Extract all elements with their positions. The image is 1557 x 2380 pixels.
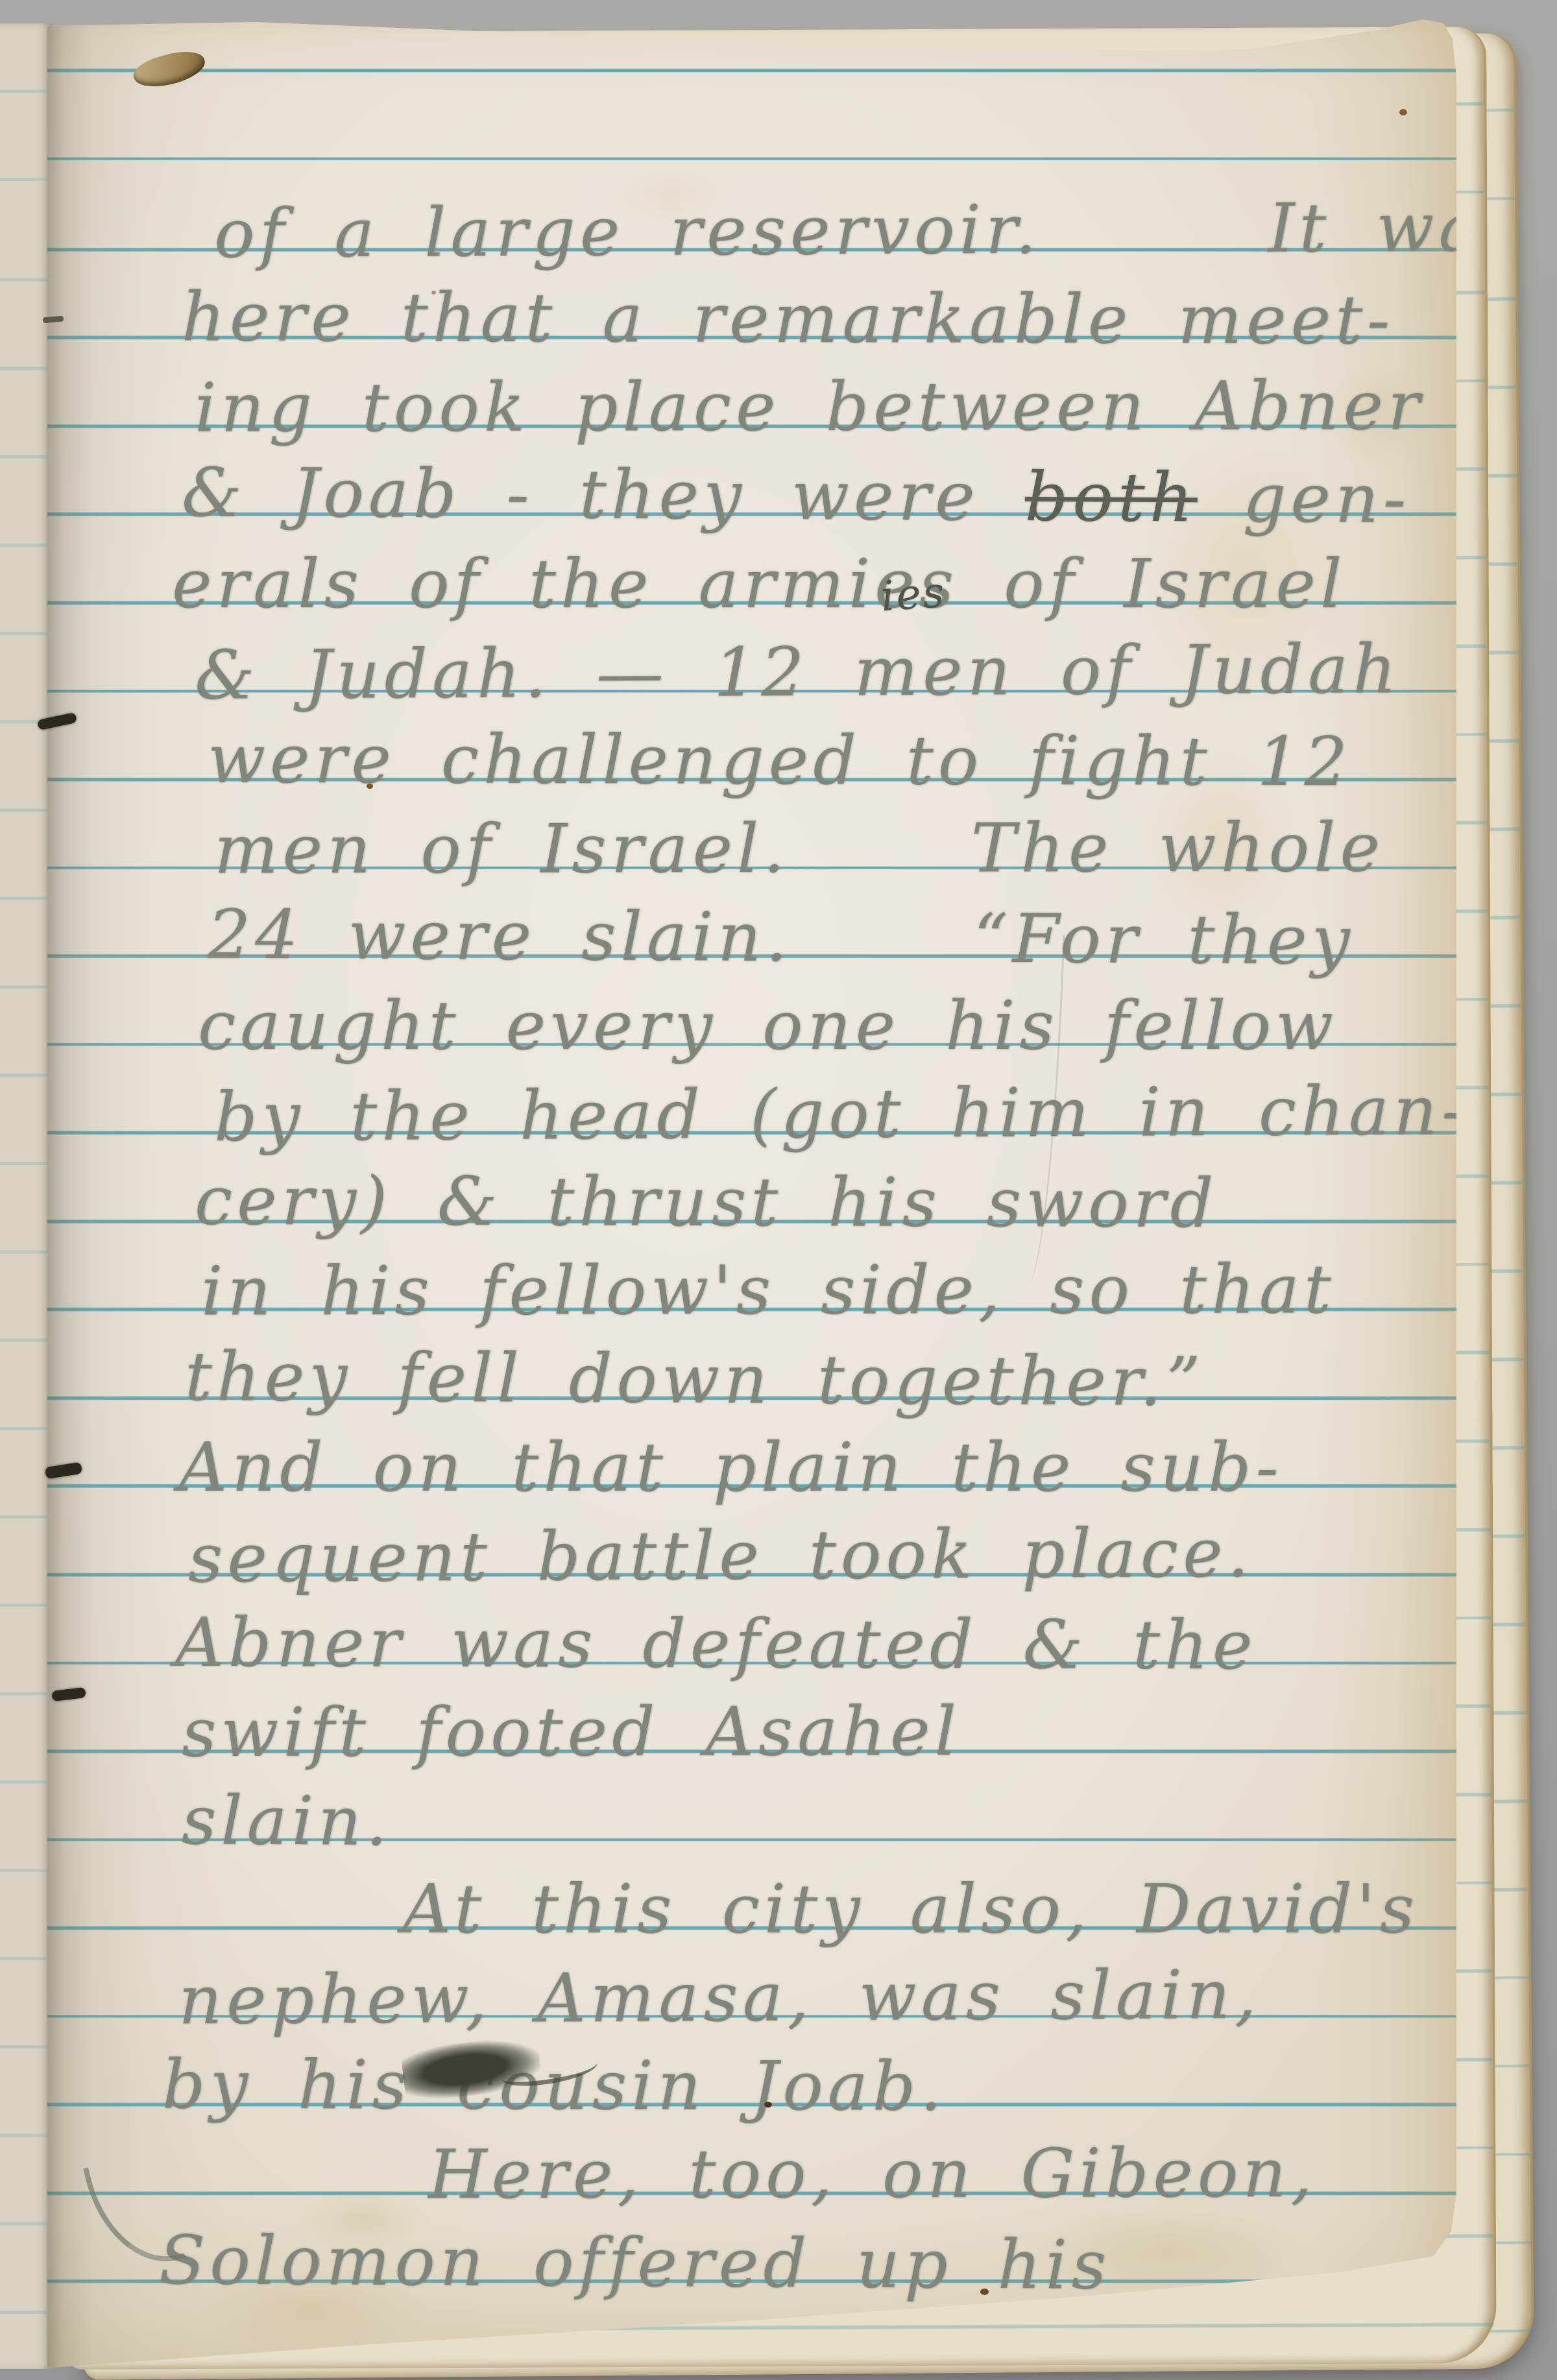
handwriting-line: erals of the armies of Israel bbox=[172, 550, 1346, 618]
paper-speck bbox=[367, 784, 373, 789]
handwriting-line: in his fellow's side, so that bbox=[201, 1255, 1336, 1325]
handwriting-line: slain. bbox=[182, 1786, 392, 1855]
handwriting-line: nephew, Amasa, was slain, bbox=[178, 1961, 1261, 2034]
handwriting-lines: of a large reservoir. It washere that a … bbox=[47, 0, 1456, 2380]
handwriting-line: men of Israel. The whole bbox=[214, 813, 1384, 883]
handwriting-line: were challenged to fight 12 bbox=[208, 725, 1352, 796]
previous-page-sliver bbox=[0, 23, 52, 2369]
handwriting-line: ing took place between Abner bbox=[195, 372, 1425, 441]
handwriting-line: And on that plain the sub- bbox=[178, 1434, 1283, 1501]
handwriting-line: by the head (got him in chan- bbox=[214, 1077, 1469, 1151]
handwriting-line: & Judah. — 12 men of Judah bbox=[195, 635, 1401, 709]
notebook-page: of a large reservoir. It washere that a … bbox=[47, 0, 1456, 2380]
paper-speck bbox=[431, 291, 436, 294]
paper-speck bbox=[980, 2289, 989, 2295]
handwriting-line: At this city also, David's bbox=[402, 1875, 1419, 1943]
handwriting-line: cery) & thrust his sword bbox=[195, 1167, 1218, 1237]
inserted-correction-ies: ies bbox=[880, 569, 948, 621]
handwriting-line: Here, too, on Gibeon, bbox=[428, 2139, 1317, 2208]
handwriting-line: swift footed Asahel bbox=[182, 1698, 961, 1766]
handwriting-line: of a large reservoir. It was bbox=[214, 193, 1523, 268]
handwriting-line: & Joab - they were both gen- bbox=[182, 459, 1411, 533]
handwriting-line: sequent battle took place. bbox=[188, 1519, 1253, 1593]
notebook-scan: of a large reservoir. It washere that a … bbox=[0, 0, 1557, 2380]
handwriting-line: here that a remarkable meet- bbox=[182, 283, 1395, 354]
handwriting-line: 24 were slain. “For they bbox=[208, 900, 1355, 974]
handwriting-line: Solomon offered up his bbox=[159, 2226, 1111, 2299]
handwriting-line: caught every one his fellow bbox=[198, 992, 1338, 1059]
handwriting-line: they fell down together.” bbox=[185, 1343, 1205, 1415]
handwriting-line: Abner was defeated & the bbox=[175, 1609, 1257, 1679]
paper-speck bbox=[1399, 109, 1407, 115]
previous-page-ruling bbox=[0, 23, 52, 2333]
paper-speck bbox=[764, 2102, 772, 2108]
